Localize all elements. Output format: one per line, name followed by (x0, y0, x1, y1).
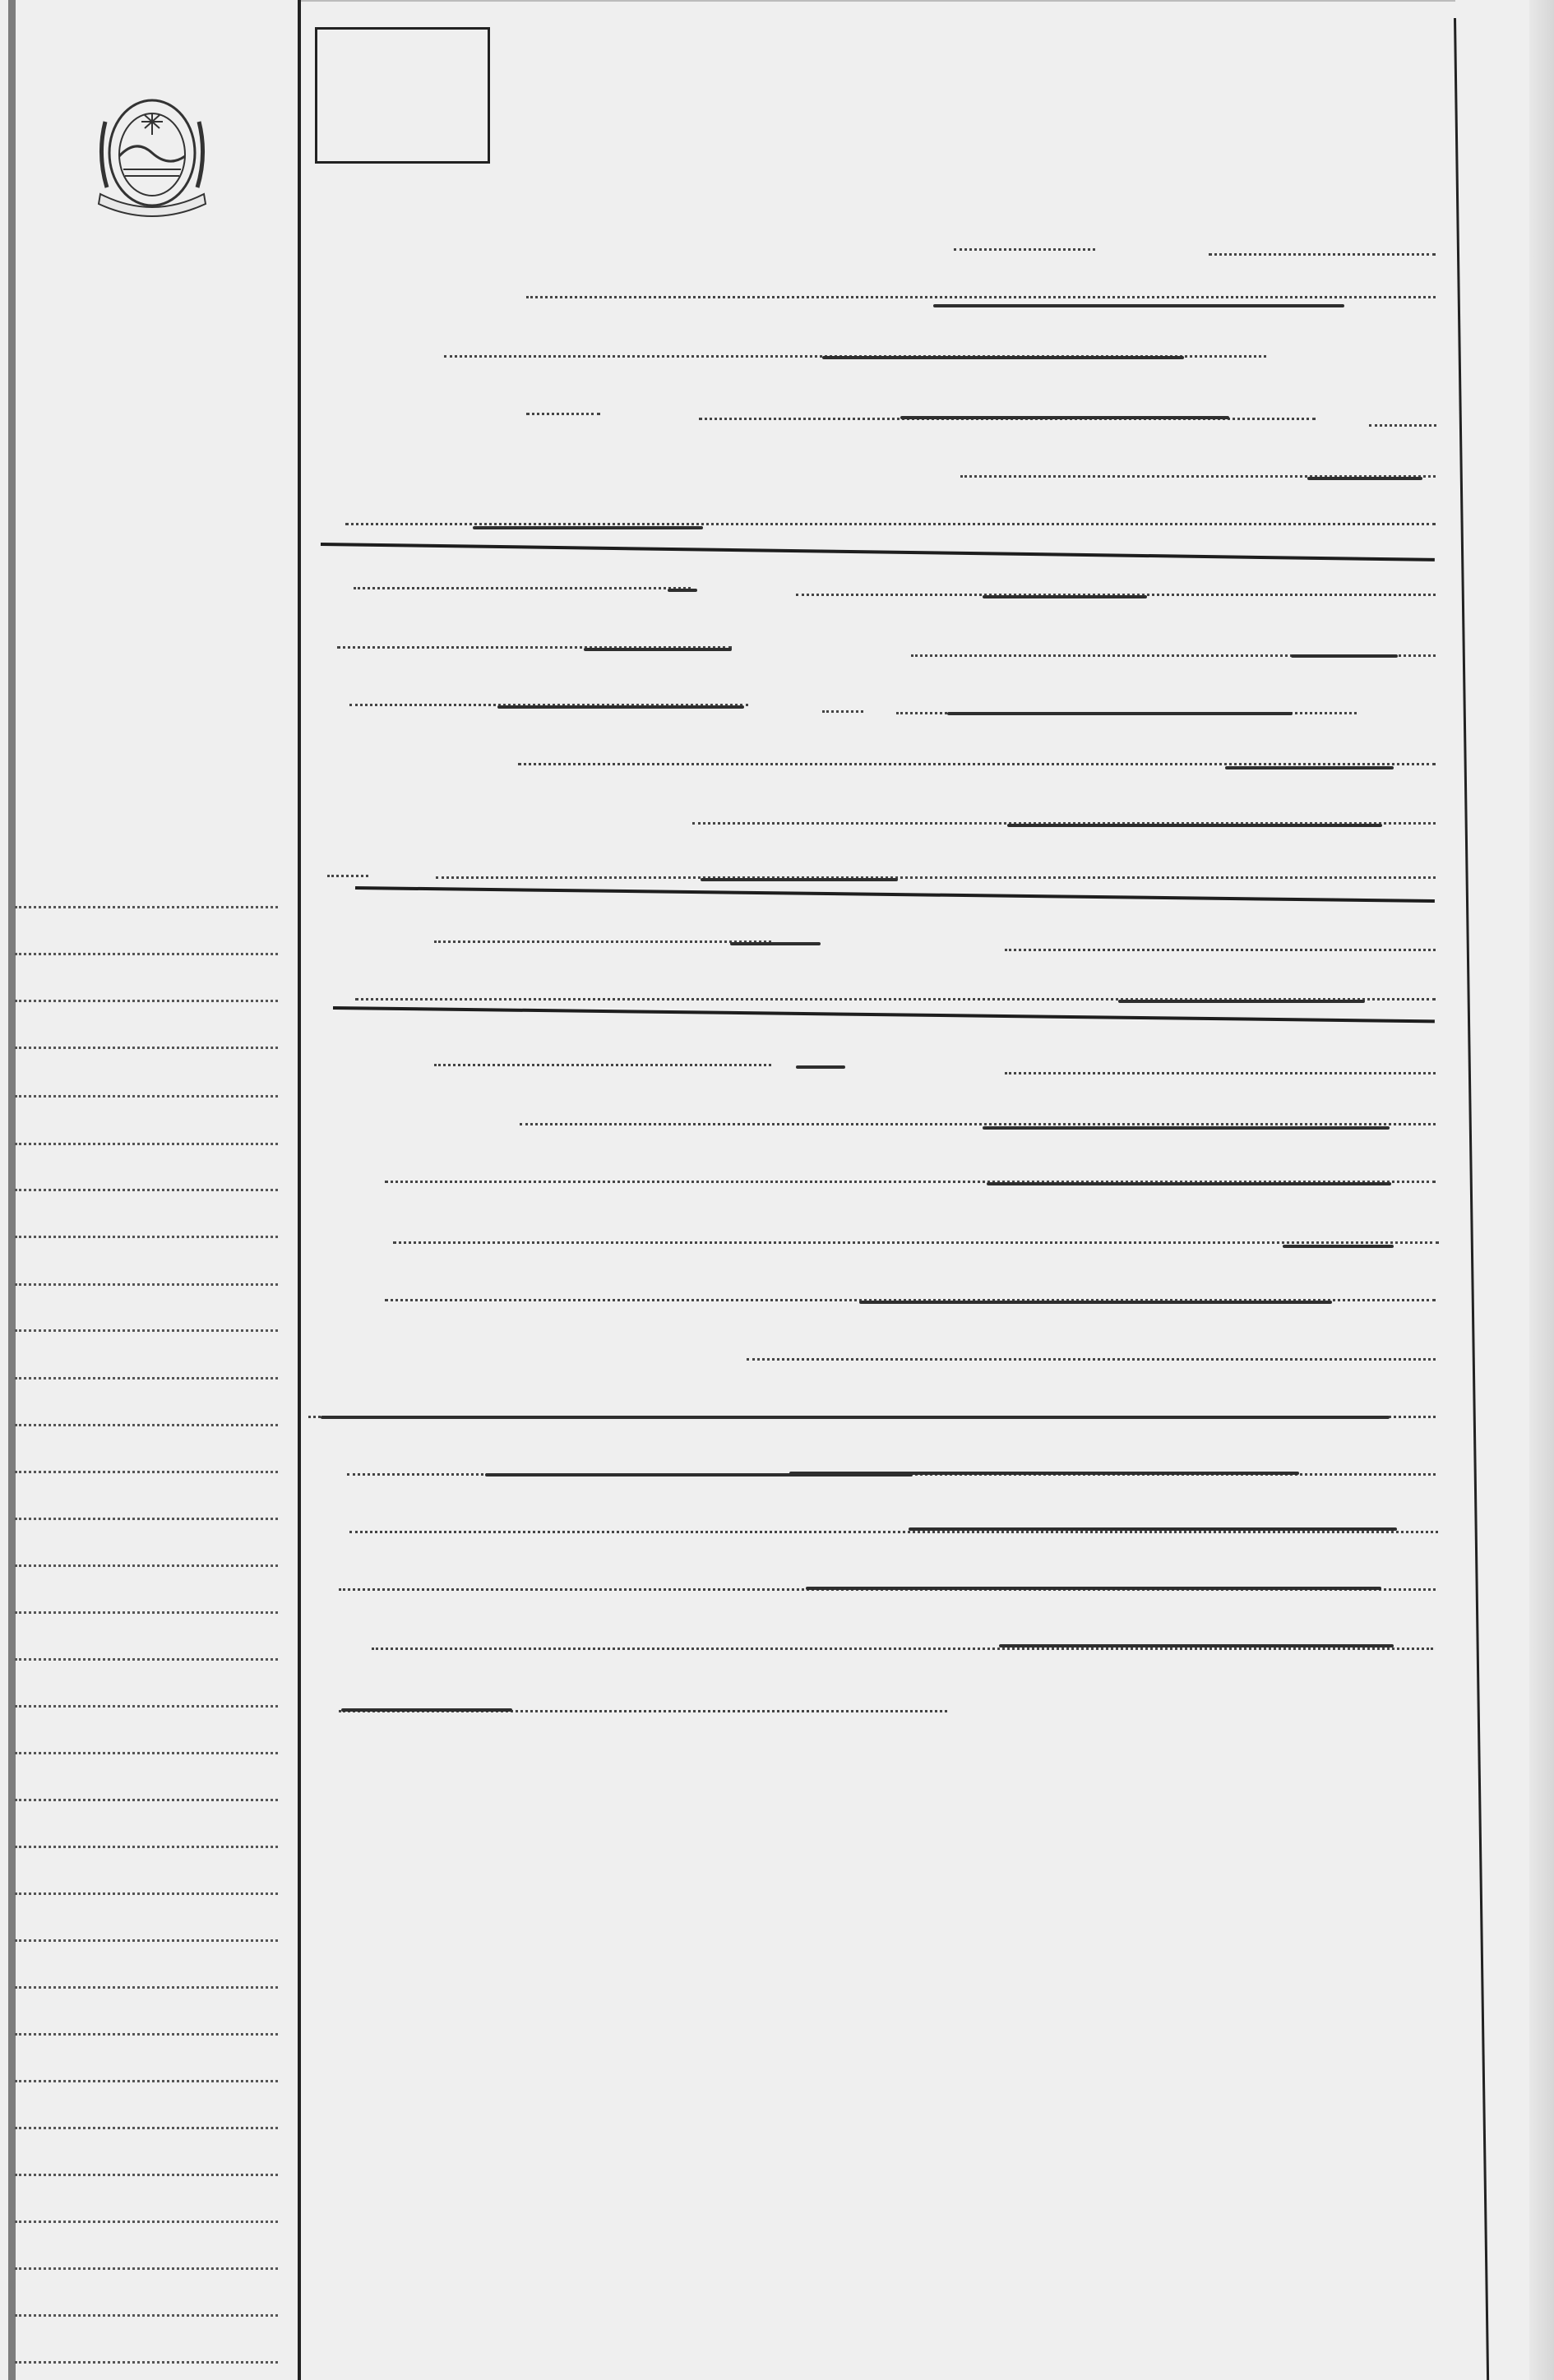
maternal-grandmother-fill (859, 1301, 1332, 1304)
minutos-fill (947, 712, 1293, 715)
certificate-extra-fill (321, 1416, 1390, 1419)
sexo-fill (668, 589, 697, 592)
mother-doc-dots (1005, 1072, 1436, 1074)
margin-line (15, 1892, 278, 1895)
margin-line (15, 906, 278, 908)
oficina-fill (933, 304, 1344, 307)
libro-dots (954, 248, 1095, 251)
margin-line (15, 2314, 278, 2317)
father-dots (436, 876, 1436, 879)
margin-line (15, 1705, 278, 1708)
nacido-fill (983, 595, 1147, 598)
form-right-border (1454, 18, 1489, 2380)
paternal-grandmother-fill (987, 1182, 1391, 1185)
hora-dots (822, 710, 863, 713)
certificate-dots (747, 1358, 1436, 1361)
margin-line (15, 2361, 278, 2364)
father-nationality-fill (730, 942, 821, 945)
margin-line (15, 2033, 278, 2036)
lugar-fill (1225, 766, 1394, 769)
birth-month-fill (584, 648, 732, 651)
paternal-grandfather-fill (983, 1126, 1390, 1130)
province-crest-icon (82, 89, 222, 222)
father-nationality-dots (434, 940, 771, 943)
declarant-doc-dots (349, 1531, 1438, 1533)
margin-line (15, 1283, 278, 1286)
margin-line (15, 1986, 278, 1989)
name-dots (345, 523, 1436, 525)
margin-line (15, 2221, 278, 2223)
dni-fill (1007, 824, 1382, 827)
page-right-edge (1529, 0, 1554, 2380)
father-fill (701, 878, 898, 881)
mother-nationality-fill (796, 1065, 845, 1069)
maternal-grandfather-dots (393, 1241, 1439, 1244)
margin-line (15, 1518, 278, 1520)
top-rule (301, 0, 1455, 2)
margin-line (15, 1377, 278, 1379)
margin-line (15, 1329, 278, 1332)
departamento-fill (822, 356, 1184, 359)
margin-line (15, 1189, 278, 1191)
margin-line (15, 1752, 278, 1754)
margin-line (15, 1047, 278, 1049)
margin-line (15, 2267, 278, 2270)
margin-line (15, 2174, 278, 2176)
declarant-address-fill (806, 1587, 1381, 1590)
year-dots (1369, 424, 1436, 427)
obra-fill (999, 1644, 1394, 1648)
margin-line (15, 1095, 278, 1098)
name-closing-rule (321, 543, 1435, 561)
margin-line (15, 1236, 278, 1238)
margin-line (15, 1799, 278, 1801)
month-fill (900, 416, 1229, 419)
margin-line (15, 1143, 278, 1145)
margin-line (15, 2127, 278, 2129)
margin-line (15, 1564, 278, 1567)
margin-line (15, 1471, 278, 1473)
declarant-doc-fill (909, 1527, 1397, 1531)
margin-line (15, 1658, 278, 1661)
margin-divider (298, 0, 301, 2380)
margin-line (15, 2080, 278, 2082)
hijo-dots (327, 875, 368, 877)
ala-fill (497, 705, 744, 709)
lugar-dots (518, 763, 1436, 765)
name-fill (473, 526, 703, 529)
mil-fill (1291, 654, 1398, 658)
margin-line (15, 1846, 278, 1848)
declarant-fill (789, 1472, 1299, 1475)
asiento-dots (1209, 253, 1436, 256)
day-dots (526, 413, 600, 415)
sexo-dots (354, 587, 691, 589)
margin-line (15, 1611, 278, 1614)
father-doc-dots (1005, 949, 1436, 951)
redacto-box (315, 27, 490, 164)
mother-closing-rule (333, 1006, 1435, 1023)
margin-line (15, 953, 278, 955)
margin-line (15, 1000, 278, 1002)
mother-nationality-dots (434, 1064, 771, 1066)
margin-line (15, 1424, 278, 1426)
obra-dots (372, 1648, 1433, 1650)
oficina-dots (526, 296, 1436, 298)
paternal-grandfather-dots (520, 1123, 1436, 1125)
margin-line (15, 1939, 278, 1942)
father-closing-rule (355, 886, 1435, 903)
oficial-fill (1307, 477, 1422, 480)
mother-fill (1118, 1000, 1365, 1003)
maternal-grandfather-fill (1283, 1245, 1394, 1248)
